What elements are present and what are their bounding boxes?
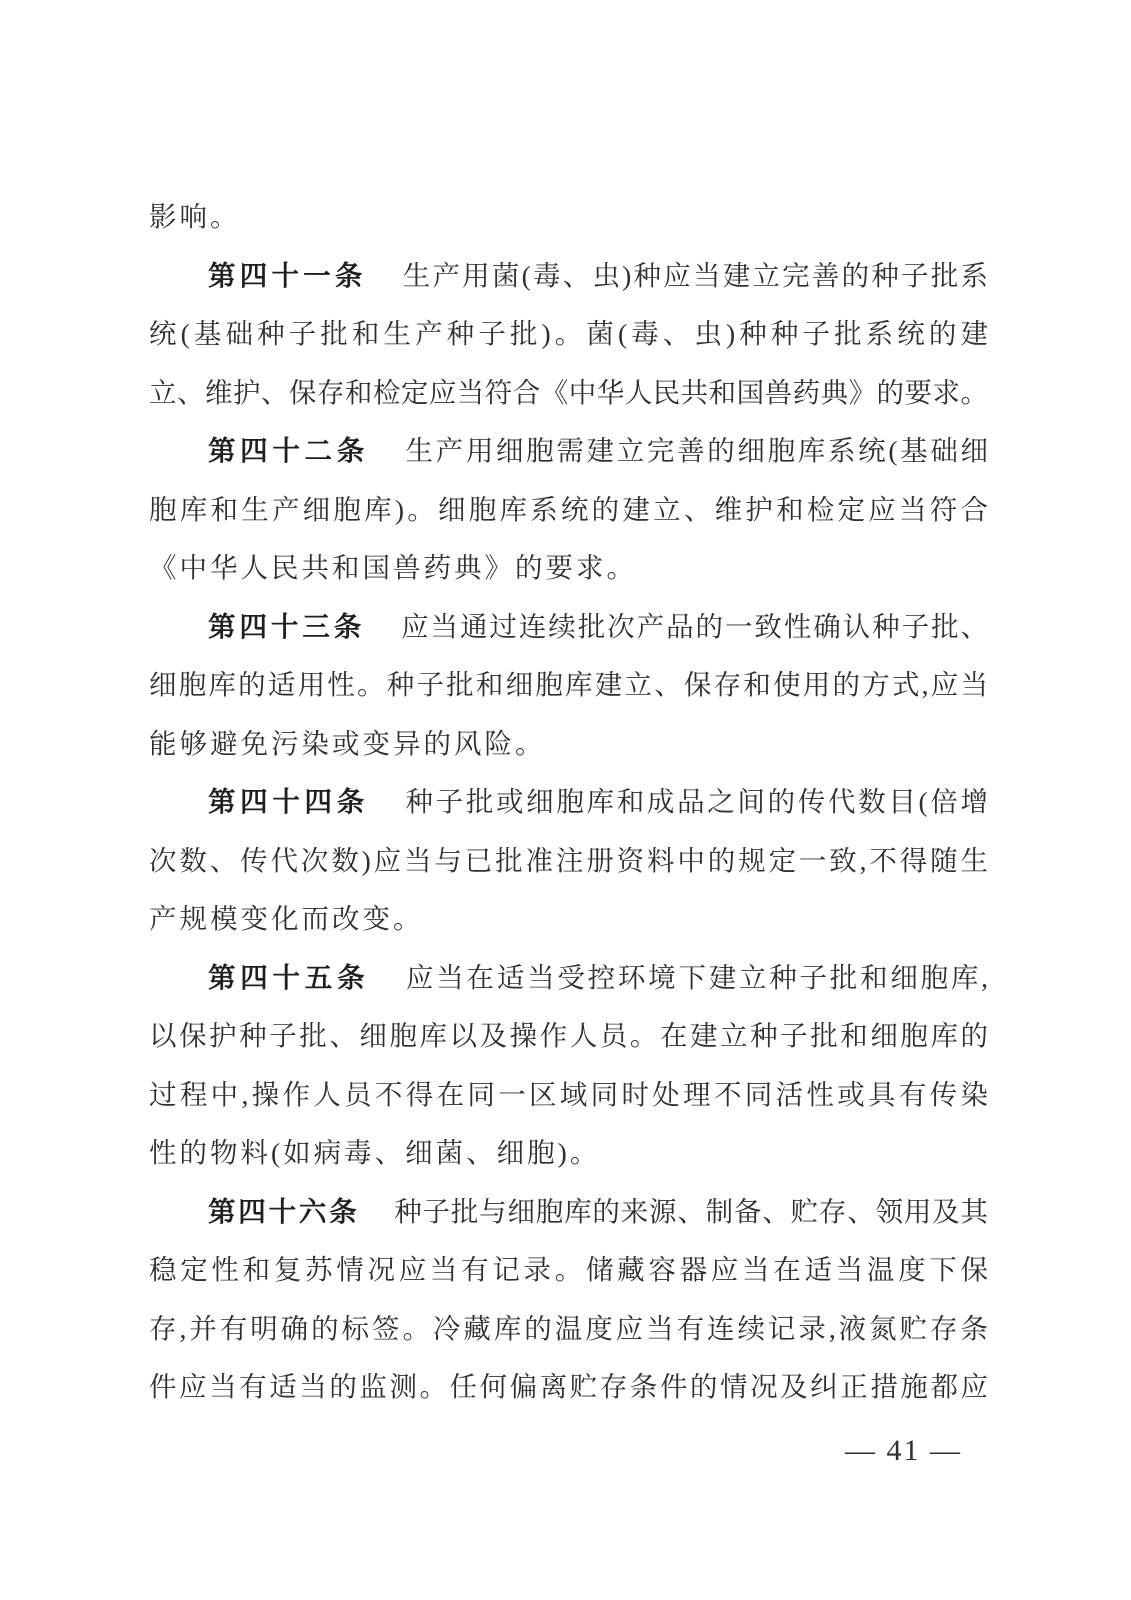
article-number: 第四十二条 [208, 435, 369, 466]
text-line: 存,并有明确的标签。冷藏库的温度应当有连续记录,液氮贮存条 [149, 1300, 988, 1359]
document-page: 影响。 第四十一条 生产用菌(毒、虫)种应当建立完善的种子批系 统(基础种子批和… [0, 0, 1131, 1600]
text-line: 第四十六条 种子批与细胞库的来源、制备、贮存、领用及其 [149, 1183, 988, 1242]
line-text: 细胞库的适用性。种子批和细胞库建立、保存和使用的方式,应当 [149, 669, 988, 700]
line-text: 能够避免污染或变异的风险。 [149, 728, 546, 759]
line-text: 影响。 [149, 201, 241, 232]
paragraph: 第四十二条 生产用细胞需建立完善的细胞库系统(基础细 胞库和生产细胞库)。细胞库… [149, 422, 988, 598]
article-number: 第四十一条 [208, 260, 367, 291]
text-line: 次数、传代次数)应当与已批准注册资料中的规定一致,不得随生 [149, 832, 988, 891]
page-number: — 41 — [845, 1434, 962, 1467]
line-text: 《中华人民共和国兽药典》的要求。 [149, 552, 637, 583]
line-text: 件应当有适当的监测。任何偏离贮存条件的情况及纠正措施都应 [149, 1371, 988, 1402]
paragraph: 第四十三条 应当通过连续批次产品的一致性确认种子批、 细胞库的适用性。种子批和细… [149, 598, 988, 774]
text-line: 第四十二条 生产用细胞需建立完善的细胞库系统(基础细 [149, 422, 988, 481]
text-line: 稳定性和复苏情况应当有记录。储藏容器应当在适当温度下保 [149, 1241, 988, 1300]
text-line: 统(基础种子批和生产种子批)。菌(毒、虫)种种子批系统的建 [149, 305, 988, 364]
line-text: 存,并有明确的标签。冷藏库的温度应当有连续记录,液氮贮存条 [149, 1313, 988, 1344]
line-text: 生产用菌(毒、虫)种应当建立完善的种子批系 [403, 260, 988, 291]
text-line: 第四十一条 生产用菌(毒、虫)种应当建立完善的种子批系 [149, 247, 988, 306]
paragraph: 第四十一条 生产用菌(毒、虫)种应当建立完善的种子批系 统(基础种子批和生产种子… [149, 247, 988, 423]
line-text: 立、维护、保存和检定应当符合《中华人民共和国兽药典》的要求。 [149, 377, 988, 408]
paragraph: 影响。 [149, 188, 988, 247]
line-text: 过程中,操作人员不得在同一区域同时处理不同活性或具有传染 [149, 1079, 988, 1110]
line-text: 统(基础种子批和生产种子批)。菌(毒、虫)种种子批系统的建 [149, 318, 988, 349]
paragraph: 第四十四条 种子批或细胞库和成品之间的传代数目(倍增 次数、传代次数)应当与已批… [149, 773, 988, 949]
line-text: 胞库和生产细胞库)。细胞库系统的建立、维护和检定应当符合 [149, 494, 988, 525]
text-line: 性的物料(如病毒、细菌、细胞)。 [149, 1124, 988, 1183]
article-number: 第四十三条 [208, 611, 365, 642]
article-number: 第四十五条 [208, 962, 369, 993]
line-text: 次数、传代次数)应当与已批准注册资料中的规定一致,不得随生 [149, 845, 988, 876]
line-text: 产规模变化而改变。 [149, 903, 424, 934]
line-text: 种子批或细胞库和成品之间的传代数目(倍增 [405, 786, 988, 817]
text-line: 第四十三条 应当通过连续批次产品的一致性确认种子批、 [149, 598, 988, 657]
text-line: 第四十四条 种子批或细胞库和成品之间的传代数目(倍增 [149, 773, 988, 832]
text-line: 以保护种子批、细胞库以及操作人员。在建立种子批和细胞库的 [149, 1007, 988, 1066]
text-line: 影响。 [149, 188, 988, 247]
line-text: 应当在适当受控环境下建立种子批和细胞库, [406, 962, 988, 993]
text-line: 第四十五条 应当在适当受控环境下建立种子批和细胞库, [149, 949, 988, 1008]
article-number: 第四十四条 [208, 786, 369, 817]
page-footer: — 41 — [149, 1434, 988, 1468]
text-line: 件应当有适当的监测。任何偏离贮存条件的情况及纠正措施都应 [149, 1358, 988, 1417]
line-text: 以保护种子批、细胞库以及操作人员。在建立种子批和细胞库的 [149, 1020, 988, 1051]
line-text: 稳定性和复苏情况应当有记录。储藏容器应当在适当温度下保 [149, 1254, 988, 1285]
line-text: 性的物料(如病毒、细菌、细胞)。 [149, 1137, 600, 1168]
line-text: 种子批与细胞库的来源、制备、贮存、领用及其 [394, 1196, 988, 1227]
text-line: 产规模变化而改变。 [149, 890, 988, 949]
article-number: 第四十六条 [208, 1196, 360, 1227]
paragraph: 第四十五条 应当在适当受控环境下建立种子批和细胞库, 以保护种子批、细胞库以及操… [149, 949, 988, 1183]
line-text: 生产用细胞需建立完善的细胞库系统(基础细 [405, 435, 988, 466]
document-body: 影响。 第四十一条 生产用菌(毒、虫)种应当建立完善的种子批系 统(基础种子批和… [149, 188, 988, 1417]
text-line: 过程中,操作人员不得在同一区域同时处理不同活性或具有传染 [149, 1066, 988, 1125]
text-line: 细胞库的适用性。种子批和细胞库建立、保存和使用的方式,应当 [149, 656, 988, 715]
text-line: 胞库和生产细胞库)。细胞库系统的建立、维护和检定应当符合 [149, 481, 988, 540]
text-line: 《中华人民共和国兽药典》的要求。 [149, 539, 988, 598]
paragraph: 第四十六条 种子批与细胞库的来源、制备、贮存、领用及其 稳定性和复苏情况应当有记… [149, 1183, 988, 1417]
line-text: 应当通过连续批次产品的一致性确认种子批、 [401, 611, 988, 642]
text-line: 立、维护、保存和检定应当符合《中华人民共和国兽药典》的要求。 [149, 364, 988, 423]
text-line: 能够避免污染或变异的风险。 [149, 715, 988, 774]
